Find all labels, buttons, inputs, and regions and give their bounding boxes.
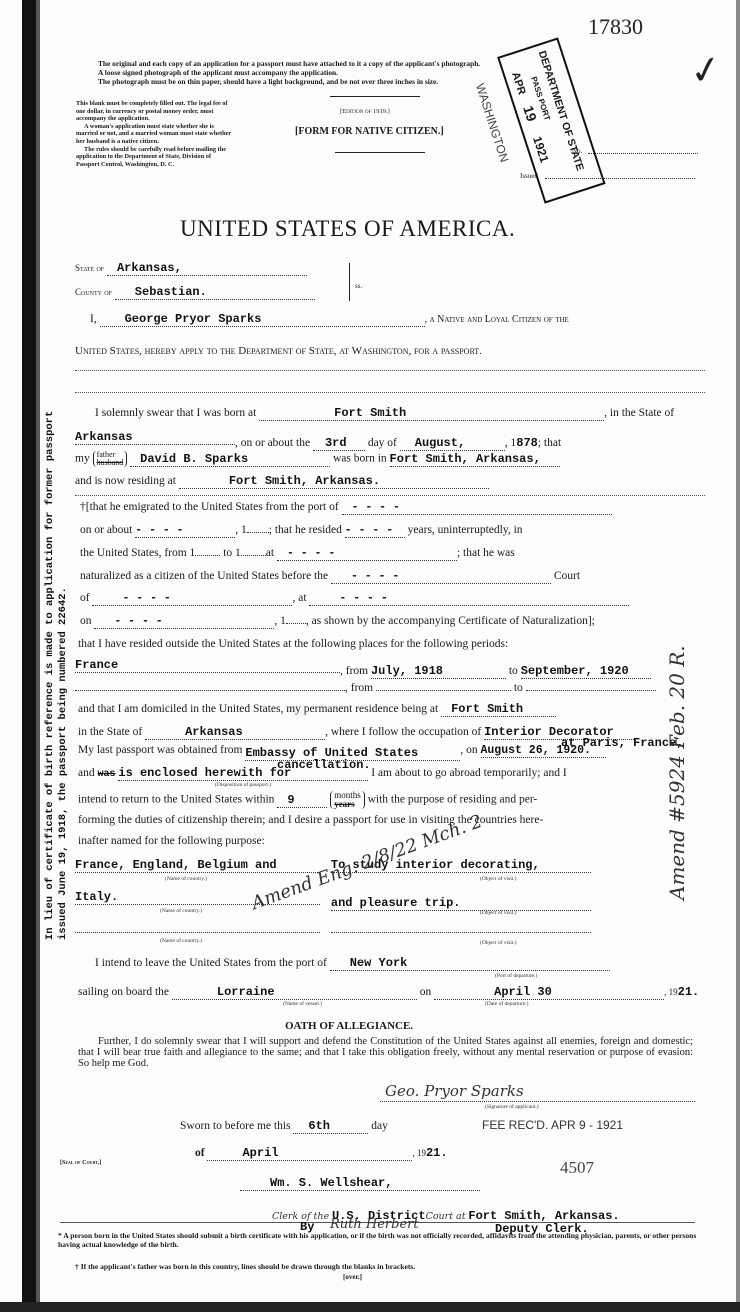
- naturalization-text: ; that he resided: [269, 524, 342, 536]
- port-label: I intend to leave the United States from…: [95, 957, 327, 969]
- naturalization-text: to 1: [223, 547, 241, 559]
- naturalization-line-1: †[that he emigrated to the United States…: [80, 501, 612, 515]
- year-prefix: , 19: [664, 987, 678, 997]
- form-type: [FORM FOR NATIVE CITIZEN.]: [295, 126, 444, 137]
- court-at-field: - - - -: [309, 592, 629, 606]
- birth-intro: I solemnly swear that I was born at: [95, 407, 256, 419]
- signature-line: [380, 1101, 695, 1102]
- margin-handwriting: Amend #5924 Feb. 20 R.: [665, 500, 725, 900]
- seal-of-court: [Seal of Court.]: [60, 1160, 101, 1166]
- domicile-text: and that I am domiciled in the United St…: [78, 703, 438, 715]
- scan-edge-left: [22, 0, 36, 1312]
- sworn-month-row: of April, 1921.: [195, 1146, 448, 1161]
- vessel-label: sailing on board the: [78, 986, 169, 998]
- of-label: of: [195, 1147, 205, 1159]
- birth-day-field: 3rd: [313, 436, 365, 451]
- sworn-row: Sworn to before me this 6th day: [180, 1119, 388, 1134]
- side-note: In lieu of certificate of birth referenc…: [44, 390, 102, 940]
- oath-title: OATH OF ALLEGIANCE.: [285, 1020, 413, 1032]
- abroad-text: I am about to go abroad temporarily; and…: [371, 767, 566, 779]
- sworn-day-field: 6th: [293, 1119, 368, 1134]
- departure-date-field: April 30: [434, 985, 664, 1000]
- instruction-fee: This blank must be completely filled out…: [76, 100, 236, 123]
- naturalization-text: naturalized as a citizen of the United S…: [80, 570, 328, 582]
- emigration-port-field: - - - -: [342, 501, 612, 515]
- country-caption: (Name of country.): [165, 876, 207, 882]
- departure-port-field: New York: [330, 956, 610, 971]
- court-field: - - - -: [331, 570, 551, 584]
- signature-caption: (Signature of applicant.): [485, 1104, 539, 1110]
- residence-abroad-row: France, from July, 1918 to September, 19…: [75, 658, 651, 679]
- instructions-block: This blank must be completely filled out…: [76, 100, 236, 168]
- on-label: on: [420, 986, 432, 998]
- county-field: Sebastian.: [115, 285, 315, 300]
- divider: [75, 392, 705, 393]
- naturalization-line-4: naturalized as a citizen of the United S…: [80, 570, 580, 584]
- county-row: County of Sebastian.: [75, 285, 315, 300]
- vessel-row: sailing on board the Lorraine on April 3…: [78, 985, 699, 1000]
- naturalization-text: , 1: [235, 524, 247, 536]
- vessel-caption: (Name of vessel.): [283, 1001, 322, 1007]
- years-resided-field: - - - -: [345, 524, 405, 538]
- naturalization-text: ; that he was: [457, 547, 515, 559]
- stamp-city: WASHINGTON: [473, 82, 512, 164]
- naturalization-text: Court: [554, 570, 580, 582]
- residence-field: - - - -: [277, 547, 457, 561]
- born-in-label: was born in: [333, 453, 387, 465]
- vessel-field: Lorraine: [172, 985, 417, 1000]
- return-value-field: 9: [277, 793, 327, 808]
- bracket: [345, 263, 350, 301]
- occupation-label: , where I follow the occupation of: [325, 726, 481, 738]
- state-of-label: , in the State of: [604, 407, 674, 419]
- naturalization-text: , 1: [274, 615, 286, 627]
- applicant-name-field: George Pryor Sparks: [100, 312, 425, 327]
- to-label: to: [514, 682, 523, 694]
- disposition-caption: (Disposition of passport.): [215, 782, 271, 788]
- domicile-state-field: Arkansas: [145, 725, 325, 740]
- object-field: [331, 920, 591, 933]
- object-caption: (Object of visit.): [480, 876, 517, 882]
- department-of-state-stamp: DEPARTMENT OF STATE PASS PORT APR 19 192…: [456, 23, 624, 227]
- birth-place-field: Fort Smith: [259, 406, 604, 421]
- apply-text: United States, hereby apply to the Depar…: [75, 345, 482, 357]
- scan-edge-right: [736, 0, 740, 1312]
- naturalization-date-field: - - - -: [94, 615, 274, 629]
- edition-label: [Edition of 1919.]: [340, 108, 390, 115]
- naturalization-text: †[that he emigrated to the United States…: [80, 501, 339, 513]
- scan-edge-left-shadow: [36, 0, 40, 1312]
- return-label: intend to return to the United States wi…: [78, 794, 274, 806]
- that-label: ; that: [538, 437, 561, 449]
- abroad-to-field: September, 1920: [521, 664, 651, 679]
- father-name-field: David B. Sparks: [130, 452, 330, 467]
- on-label: , on: [460, 744, 477, 756]
- date-caption: (Date of departure.): [485, 1001, 529, 1007]
- instruction-woman: A woman's application must state whether…: [76, 123, 236, 146]
- applicant-row: I, George Pryor Sparks, a Native and Loy…: [90, 312, 569, 327]
- court-of-field: - - - -: [92, 592, 292, 606]
- deputy-signature: Ruth Herbert: [330, 1217, 419, 1232]
- state-row: State of Arkansas,: [75, 261, 307, 276]
- abroad-from-field: July, 1918: [371, 664, 506, 679]
- return-line-3: inafter named for the following purpose:: [78, 835, 265, 847]
- departure-port-row: I intend to leave the United States from…: [95, 956, 610, 971]
- year-prefix: , 19: [412, 1148, 426, 1158]
- document-title: UNITED STATES OF AMERICA.: [180, 216, 515, 242]
- court-at-label: Court at: [426, 1211, 466, 1222]
- naturalization-line-5: of - - - -, at - - - -: [80, 592, 629, 606]
- day-label: day: [371, 1120, 388, 1132]
- receipt-number: 4507: [560, 1158, 594, 1178]
- occupation-row: in the State of Arkansas, where I follow…: [78, 725, 634, 740]
- file-number: 17830: [588, 14, 643, 40]
- country-row: [75, 920, 591, 936]
- divider: [75, 495, 705, 496]
- object-caption: (Object of visit.): [480, 910, 517, 916]
- ss-label: ss.: [355, 282, 362, 290]
- months-years-choice: months years: [330, 791, 365, 809]
- residence-abroad-row-empty: , from to: [75, 682, 656, 694]
- from-label: , from: [340, 665, 368, 677]
- court-row: Clerk of the U.S. DistrictCourt at Fort …: [272, 1209, 620, 1223]
- country-caption: (Name of country.): [160, 908, 202, 914]
- birth-year-field: 878: [516, 436, 538, 450]
- scan-edge-bottom: [0, 1302, 740, 1312]
- last-passport-label: My last passport was obtained from: [78, 744, 243, 756]
- country-field: [75, 920, 320, 933]
- residence-abroad-intro: that I have resided outside the United S…: [78, 638, 508, 650]
- to-label: to: [509, 665, 518, 677]
- naturalization-line-6: on - - - -, 1, as shown by the accompany…: [80, 615, 595, 629]
- county-label: County of: [75, 287, 112, 297]
- sworn-year-field: 21.: [426, 1146, 448, 1160]
- option-years-struck: years: [334, 800, 361, 809]
- instruction-rules: The rules should be carefully read befor…: [76, 146, 236, 169]
- departure-year-field: 21.: [678, 985, 700, 999]
- year-prefix: , 1: [505, 437, 517, 449]
- return-purpose-text: with the purpose of residing and per-: [368, 794, 538, 806]
- naturalization-line-2: on or about - - - -, 1; that he resided …: [80, 524, 523, 538]
- applicant-suffix: , a Native and Loyal Citizen of the: [425, 314, 569, 325]
- footnote-birth: * A person born in the United States sho…: [58, 1232, 698, 1249]
- country-field: France, England, Belgium and: [75, 858, 320, 873]
- object-caption: (Object of visit.): [480, 940, 517, 946]
- applicant-signature: Geo. Pryor Sparks: [385, 1082, 524, 1100]
- state-label: State of: [75, 263, 104, 273]
- country-caption: (Name of country.): [160, 938, 202, 944]
- over-label: [over.]: [343, 1273, 362, 1281]
- state-field: Arkansas,: [107, 261, 307, 276]
- emigration-date-field: - - - -: [135, 524, 235, 538]
- divider: [75, 370, 705, 371]
- on-about-label: , on or about the: [235, 437, 310, 449]
- return-row: intend to return to the United States wi…: [78, 791, 537, 809]
- birth-date-row: Arkansas, on or about the 3rd day of Aug…: [75, 430, 561, 451]
- naturalization-line-3: the United States, from 1 to 1at - - - -…: [80, 547, 515, 561]
- naturalization-text: at: [266, 547, 274, 559]
- father-residence-row: and is now residing at Fort Smith, Arkan…: [75, 474, 489, 489]
- from-label: , from: [345, 682, 373, 694]
- footnote-father: † If the applicant's father was born in …: [75, 1262, 715, 1271]
- father-residence-field: Fort Smith, Arkansas.: [179, 474, 489, 489]
- divider: [335, 152, 425, 153]
- court-location-field: Fort Smith, Arkansas.: [468, 1209, 619, 1223]
- oath-text: Further, I do solemnly swear that I will…: [78, 1036, 693, 1069]
- applicant-prefix: I,: [90, 313, 97, 325]
- country-row: Italy. and pleasure trip.: [75, 890, 591, 911]
- checkmark-icon: ✓: [686, 46, 725, 96]
- naturalization-text: , as shown by the accompanying Certifica…: [306, 615, 595, 627]
- port-caption: (Port of departure.): [495, 973, 537, 979]
- birth-month-field: August,: [400, 436, 505, 451]
- birth-row: I solemnly swear that I was born at Fort…: [95, 406, 674, 421]
- father-birthplace-field: Fort Smith, Arkansas,: [390, 452, 560, 467]
- day-of-label: day of: [368, 437, 397, 449]
- permanent-residence-field: Fort Smith: [441, 702, 556, 717]
- naturalization-text: , at: [292, 592, 306, 604]
- abroad-place-field: France: [75, 658, 340, 673]
- disposition-continued: cancellation.: [277, 758, 371, 772]
- clerk-name-field: Wm. S. Wellshear,: [240, 1176, 480, 1191]
- father-row: my father husband David B. Sparks was bo…: [75, 451, 560, 467]
- domicile-row: and that I am domiciled in the United St…: [78, 702, 556, 717]
- clerk-name-row: Wm. S. Wellshear,: [240, 1176, 480, 1191]
- fee-received-stamp: FEE REC'D. APR 9 - 1921: [482, 1118, 623, 1132]
- naturalization-text: years, uninterruptedly, in: [408, 524, 523, 536]
- sworn-label: Sworn to before me this: [180, 1120, 291, 1132]
- sworn-month-field: April: [207, 1146, 412, 1161]
- object-field: and pleasure trip.: [331, 896, 591, 911]
- divider: [330, 96, 420, 97]
